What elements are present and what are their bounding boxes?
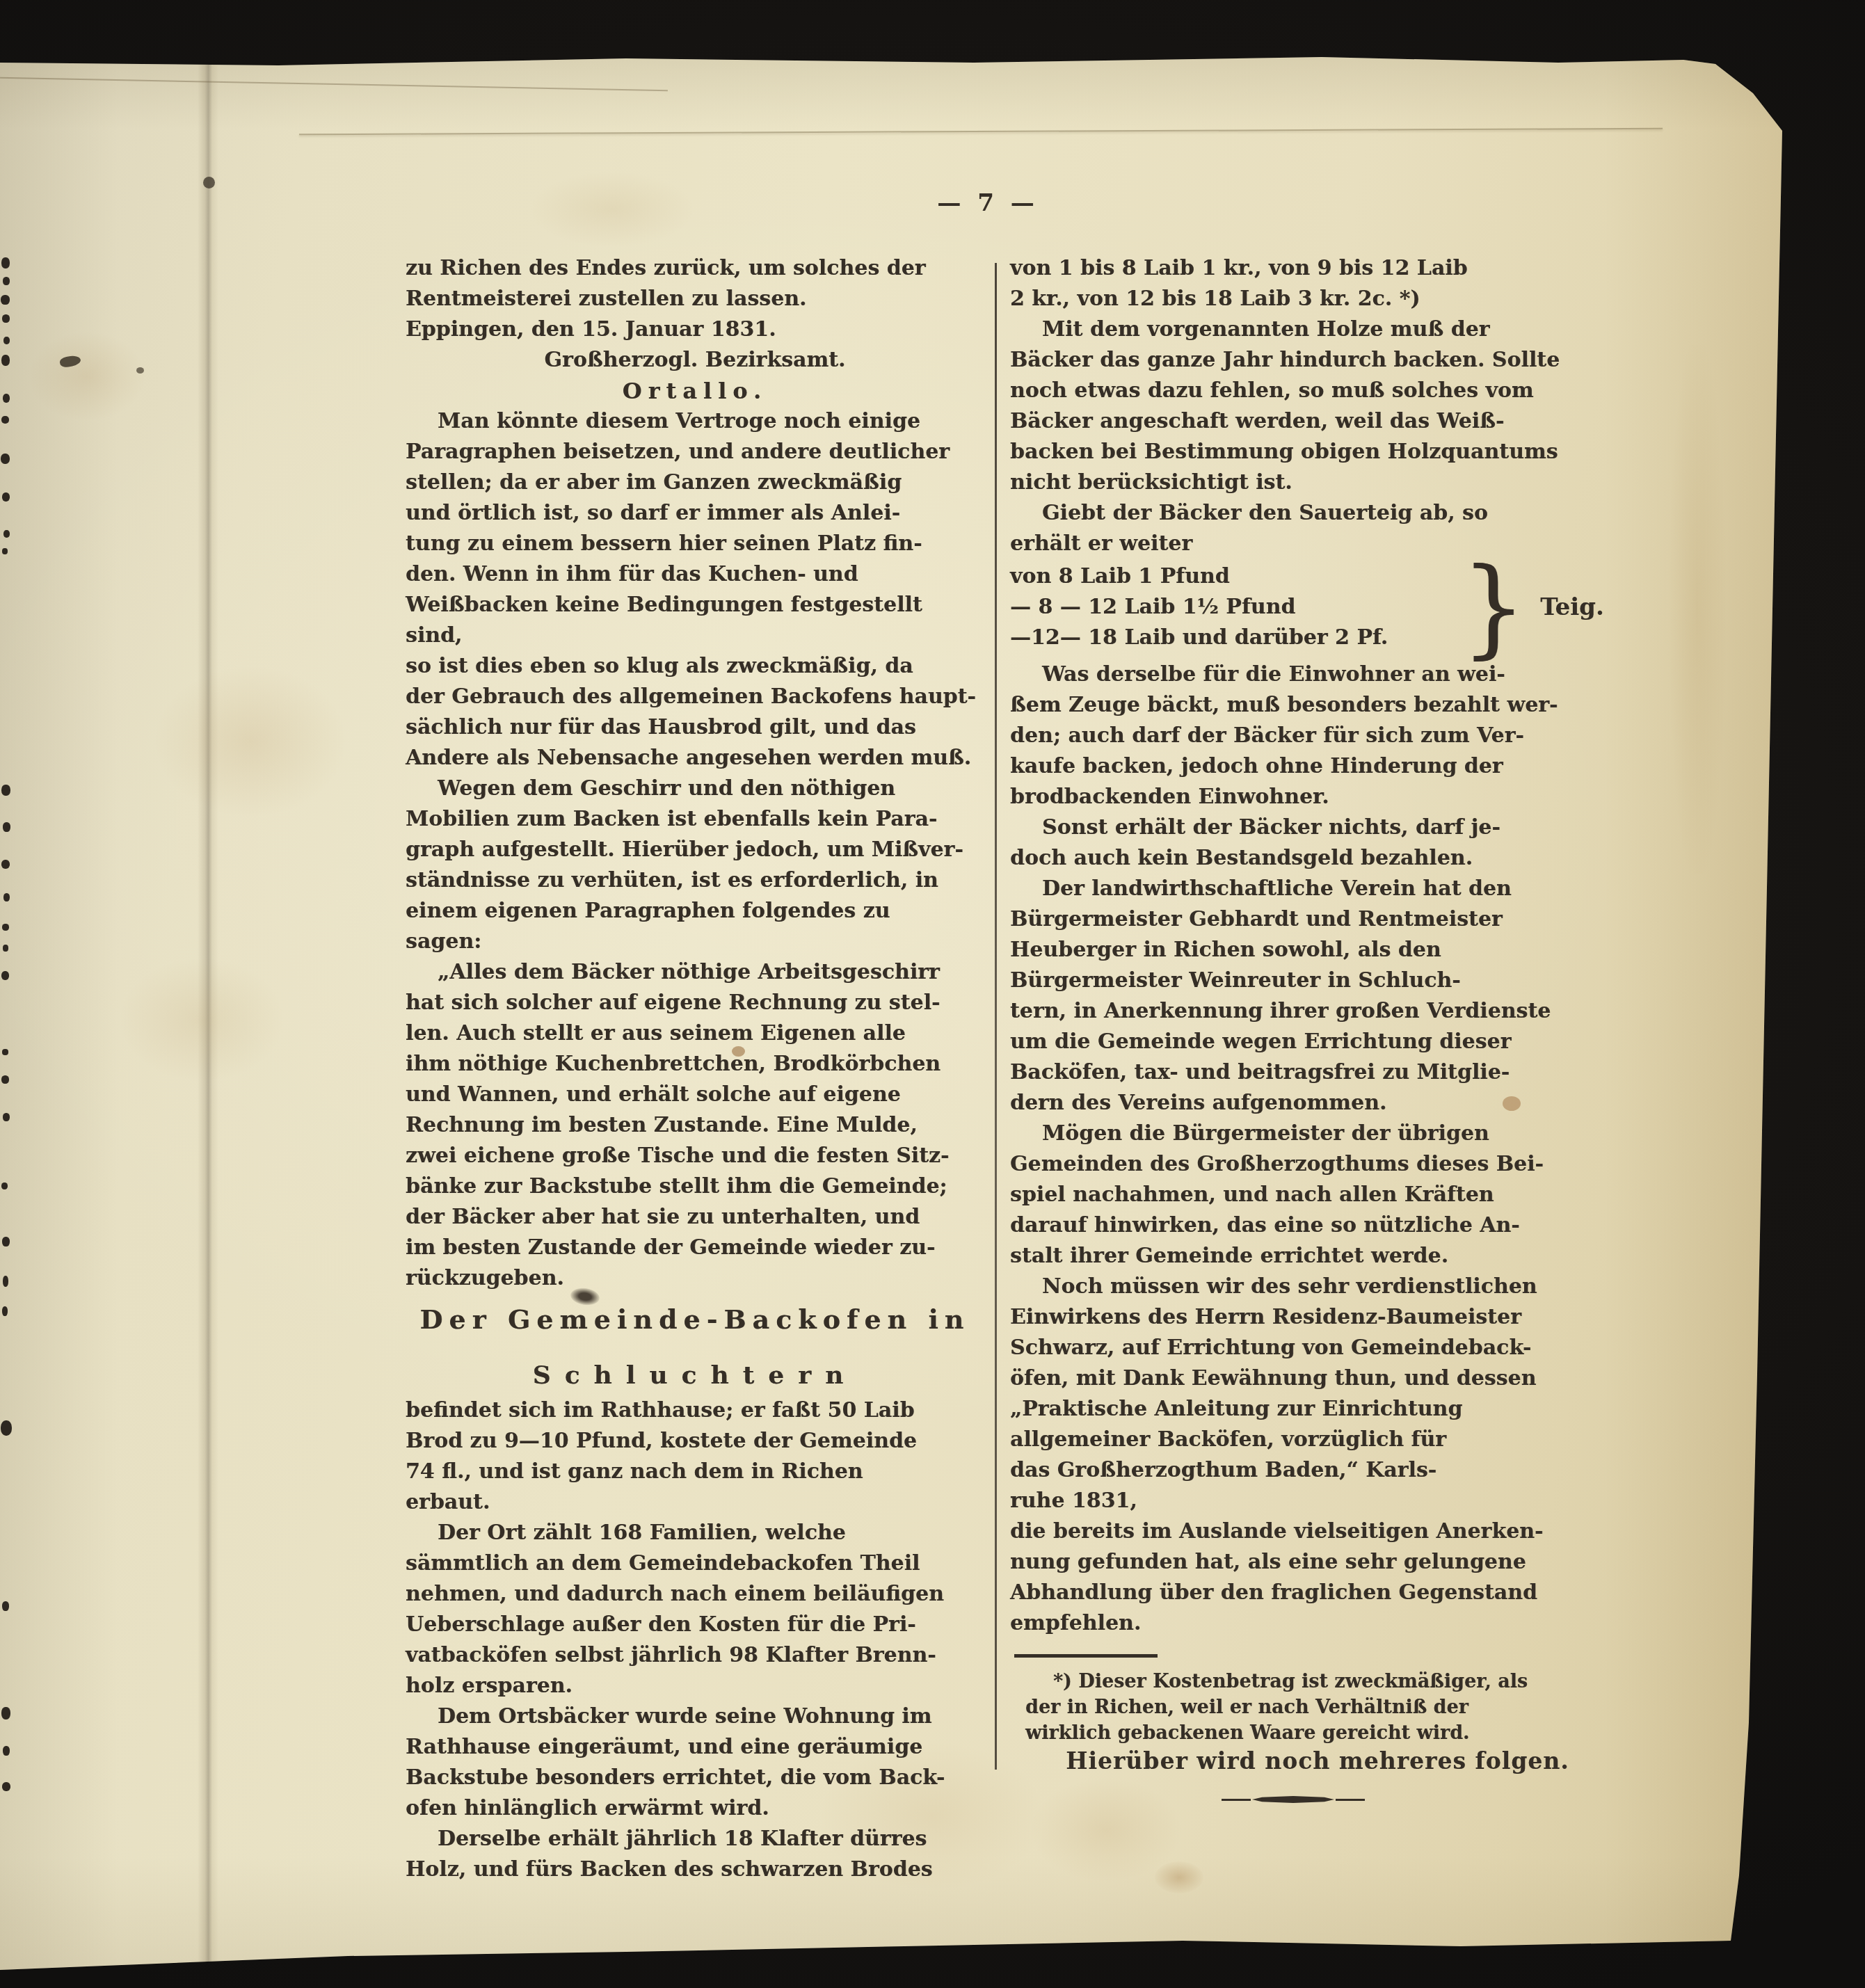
paragraph: Derselbe erhält jährlich 18 Klafter dürr… <box>406 1824 984 1885</box>
paragraph-quote: „Alles dem Bäcker nöthige Arbeitsgeschir… <box>406 957 984 1294</box>
paragraph: Giebt der Bäcker den Sauerteig ab, so er… <box>1010 498 1625 559</box>
paper-edge-crease <box>0 77 668 91</box>
paragraph: Noch müssen wir des sehr verdienstlichen… <box>1010 1272 1625 1394</box>
paragraph: befindet sich im Rathhause; er faßt 50 L… <box>406 1395 984 1518</box>
curly-brace: } <box>1461 559 1526 655</box>
foxing-stain <box>1670 345 1725 874</box>
ornament-line <box>1336 1799 1365 1801</box>
paragraph: Sonst erhält der Bäcker nichts, darf je-… <box>1010 812 1625 874</box>
dateline: Eppingen, den 15. Januar 1831. <box>406 314 984 345</box>
column-divider-rule <box>995 263 997 1770</box>
section-heading: Der Gemeinde-Backofen in <box>406 1302 984 1337</box>
paragraph: Der landwirthschaftliche Verein hat den … <box>1010 874 1625 1119</box>
left-column: zu Richen des Endes zurück, um solches d… <box>406 253 984 1885</box>
closing-line: Hierüber wird noch mehreres folgen. <box>1010 1746 1625 1777</box>
closing-ornament-rule <box>1010 1796 1576 1803</box>
paragraph-continuation: zu Richen des Endes zurück, um solches d… <box>406 253 984 314</box>
section-heading-place: Schluchtern <box>406 1359 984 1391</box>
right-column: von 1 bis 8 Laib 1 kr., von 9 bis 12 Lai… <box>1010 253 1625 1803</box>
ink-smudge <box>136 367 144 374</box>
paragraph: die bereits im Auslande vielseitigen Ane… <box>1010 1516 1625 1639</box>
ornament-line <box>1222 1799 1251 1801</box>
paper-sheet: — 7 — zu Richen des Endes zurück, um sol… <box>0 53 1785 1974</box>
footnote-separator-rule <box>1014 1654 1158 1658</box>
foxing-stain <box>1155 1861 1203 1893</box>
footnote: *) Dieser Kostenbetrag ist zweckmäßiger,… <box>1010 1669 1625 1746</box>
signature-line: Ortallo. <box>406 376 984 406</box>
paragraph: Dem Ortsbäcker wurde seine Wohnung im Ra… <box>406 1701 984 1824</box>
paragraph: Der Ort zählt 168 Familien, welche sämmt… <box>406 1518 984 1701</box>
foxing-stain <box>529 171 696 248</box>
ornament-lens <box>1252 1796 1334 1803</box>
foxing-stain <box>28 331 146 422</box>
paragraph: Was derselbe für die Einwohner an wei- ß… <box>1010 659 1625 812</box>
paragraph-continuation: von 1 bis 8 Laib 1 kr., von 9 bis 12 Lai… <box>1010 253 1625 314</box>
tariff-brace-label: Teig. <box>1540 592 1604 623</box>
ink-smudge <box>203 177 215 189</box>
paragraph: Mögen die Bürgermeister der übrigen Geme… <box>1010 1119 1625 1272</box>
paragraph: Mit dem vorgenannten Holze muß der Bäcke… <box>1010 314 1625 498</box>
foxing-stain <box>118 957 285 1082</box>
foxing-stain <box>153 665 348 818</box>
dough-tariff-block: von 8 Laib 1 Pfund — 8 — 12 Laib 1½ Pfun… <box>1010 561 1625 654</box>
tariff-lines: von 8 Laib 1 Pfund — 8 — 12 Laib 1½ Pfun… <box>1010 561 1461 653</box>
authority-line: Großherzogl. Bezirksamt. <box>406 345 984 376</box>
page-number: — 7 — <box>904 189 1071 217</box>
paper-wrinkle <box>299 128 1663 136</box>
paragraph: Wegen dem Geschirr und den nöthigen Mobi… <box>406 773 984 957</box>
paragraph: Man könnte diesem Vertroge noch einige P… <box>406 406 984 773</box>
cited-title-block: „Praktische Anleitung zur Einrichtung al… <box>1010 1394 1625 1516</box>
